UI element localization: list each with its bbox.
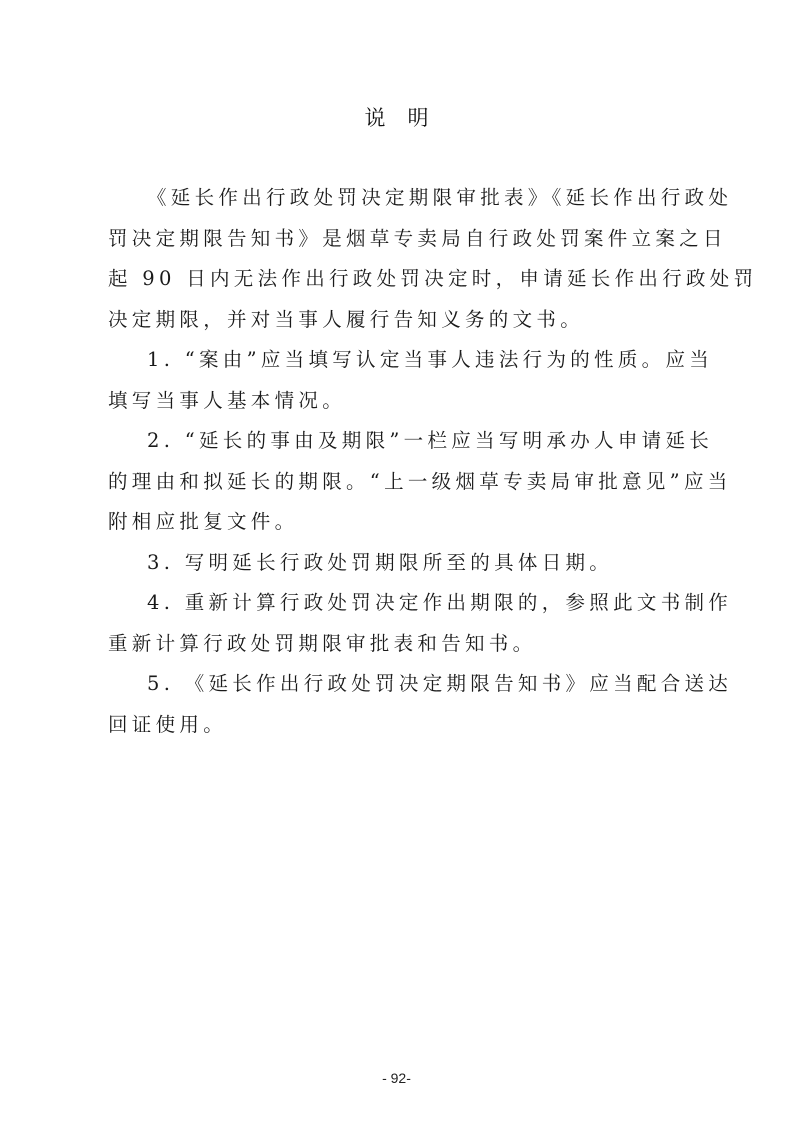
text-line: 1. “案由”应当填写认定当事人违法行为的性质。应当 xyxy=(108,340,682,381)
text-line: 附相应批复文件。 xyxy=(108,502,682,543)
item-4-paragraph: 4. 重新计算行政处罚决定作出期限的，参照此文书制作 重新计算行政处罚期限审批表… xyxy=(108,583,682,664)
page-number: - 92- xyxy=(0,1070,793,1086)
text-line: 5. 《延长作出行政处罚决定期限告知书》应当配合送达 xyxy=(108,664,682,705)
text-line: 4. 重新计算行政处罚决定作出期限的，参照此文书制作 xyxy=(108,583,682,624)
text-line: 《延长作出行政处罚决定期限审批表》《延长作出行政处 xyxy=(108,178,682,219)
text-line: 决定期限，并对当事人履行告知义务的文书。 xyxy=(108,300,682,341)
item-5-paragraph: 5. 《延长作出行政处罚决定期限告知书》应当配合送达 回证使用。 xyxy=(108,664,682,745)
text-line: 罚决定期限告知书》是烟草专卖局自行政处罚案件立案之日 xyxy=(108,219,682,260)
item-3-paragraph: 3. 写明延长行政处罚期限所至的具体日期。 xyxy=(108,543,682,584)
text-line: 2. “延长的事由及期限”一栏应当写明承办人申请延长 xyxy=(108,421,682,462)
text-line: 3. 写明延长行政处罚期限所至的具体日期。 xyxy=(108,543,682,584)
intro-paragraph: 《延长作出行政处罚决定期限审批表》《延长作出行政处 罚决定期限告知书》是烟草专卖… xyxy=(108,178,682,340)
document-body: 《延长作出行政处罚决定期限审批表》《延长作出行政处 罚决定期限告知书》是烟草专卖… xyxy=(108,178,682,745)
text-line: 起 90 日内无法作出行政处罚决定时，申请延长作出行政处罚 xyxy=(108,259,682,300)
page-title: 说明 xyxy=(0,102,793,132)
item-1-paragraph: 1. “案由”应当填写认定当事人违法行为的性质。应当 填写当事人基本情况。 xyxy=(108,340,682,421)
text-line: 回证使用。 xyxy=(108,705,682,746)
text-line: 重新计算行政处罚期限审批表和告知书。 xyxy=(108,624,682,665)
item-2-paragraph: 2. “延长的事由及期限”一栏应当写明承办人申请延长 的理由和拟延长的期限。“上… xyxy=(108,421,682,543)
text-line: 填写当事人基本情况。 xyxy=(108,381,682,422)
text-line: 的理由和拟延长的期限。“上一级烟草专卖局审批意见”应当 xyxy=(108,462,682,503)
